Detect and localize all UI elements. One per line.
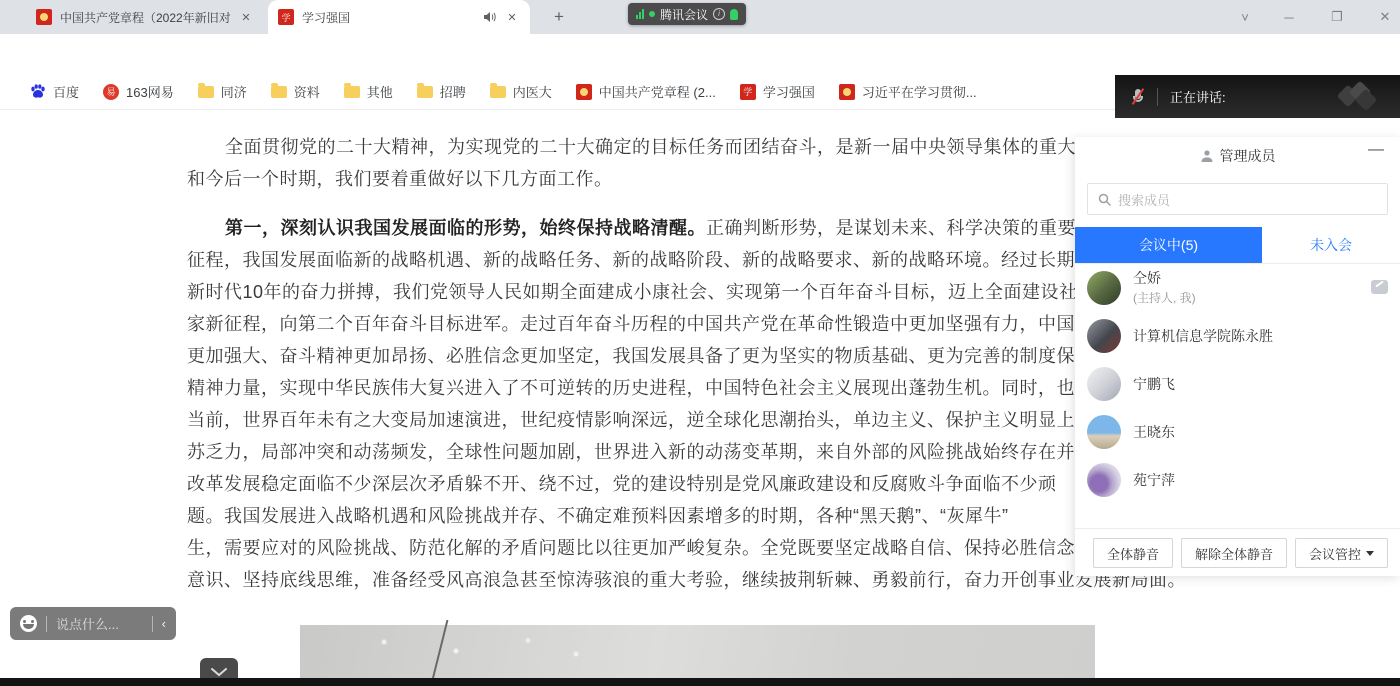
restore-window-button[interactable]: ❐ xyxy=(1320,6,1354,28)
member-row[interactable]: 计算机信息学院陈永胜 xyxy=(1075,312,1400,360)
collapse-chat-icon[interactable]: ‹ xyxy=(162,616,166,631)
avatar xyxy=(1087,463,1121,497)
article-line: 新时代10年的奋力拼搏，我们党领导人民如期全面建成小康社会、实现第一个百年奋斗目… xyxy=(187,276,1206,308)
bookmark-folder-zhaopin[interactable]: 招聘 xyxy=(417,82,466,101)
tab-xuexi[interactable]: 学 学习强国 ✕ xyxy=(268,0,530,34)
divider xyxy=(46,616,47,632)
member-row[interactable]: 王晓东 xyxy=(1075,408,1400,456)
minimize-window-button[interactable]: ─ xyxy=(1272,6,1306,28)
bookmark-folder-tongji[interactable]: 同济 xyxy=(198,82,247,101)
bookmark-xijinping-article[interactable]: 习近平在学习贯彻... xyxy=(839,82,977,101)
chat-input-placeholder[interactable]: 说点什么... xyxy=(56,614,143,633)
member-row[interactable]: 宁鹏飞 xyxy=(1075,360,1400,408)
article-photo xyxy=(300,625,1095,678)
folder-icon xyxy=(198,86,214,98)
person-icon xyxy=(1200,149,1214,163)
xuexi-favicon: 学 xyxy=(278,9,294,25)
mute-all-button[interactable]: 全体静音 xyxy=(1093,538,1173,568)
party-emblem-icon xyxy=(576,84,592,100)
panel-minimize-button[interactable]: — xyxy=(1368,141,1384,159)
member-management-panel: 管理成员 — 搜索成员 会议中(5) 未入会 仝娇 (主持人, 我) 计算机信息… xyxy=(1075,137,1400,576)
article-line: 生，需要应对的风险挑战、防范化解的矛盾问题比以往更加严峻复杂。全党既要坚定战略自… xyxy=(187,532,1206,564)
panel-tabs: 会议中(5) 未入会 xyxy=(1075,227,1400,264)
bookmark-folder-ziliao[interactable]: 资料 xyxy=(271,82,320,101)
tab-in-meeting[interactable]: 会议中(5) xyxy=(1075,227,1262,263)
tab-audio-icon[interactable] xyxy=(483,11,496,23)
member-role-label: (主持人, 我) xyxy=(1133,289,1196,306)
bottom-black-bar xyxy=(0,678,1400,686)
member-row-host[interactable]: 仝娇 (主持人, 我) xyxy=(1075,264,1400,312)
bookmark-folder-qita[interactable]: 其他 xyxy=(344,82,393,101)
browser-toolbar: xuexi.cn/lgpage/detail/index.html?id=170… xyxy=(0,34,1400,74)
meeting-chat-pill[interactable]: 说点什么... ‹ xyxy=(10,607,176,640)
mic-muted-icon[interactable] xyxy=(1131,88,1145,106)
article-line: 全面贯彻党的二十大精神，为实现党的二十大确定的目标任务而团结奋斗，是新一届中央领… xyxy=(187,131,1206,163)
meeting-control-button[interactable]: 会议管控 xyxy=(1295,538,1388,568)
panel-title: 管理成员 xyxy=(1220,146,1276,166)
divider xyxy=(1075,528,1400,529)
tab-title: 学习强国 xyxy=(302,9,475,26)
netease-icon: 易 xyxy=(103,84,119,100)
mic-active-icon[interactable] xyxy=(730,9,738,20)
divider xyxy=(152,616,153,632)
article-line: 苏乏力，局部冲突和动荡频发，全球性问题加剧，世界进入新的动荡变革期，来自外部的风… xyxy=(187,436,1206,468)
recording-dot-icon xyxy=(649,11,655,17)
emoji-icon[interactable] xyxy=(20,615,37,632)
article-line: 第一，深刻认识我国发展面临的形势，始终保持战略清醒。正确判断形势，是谋划未来、科… xyxy=(187,212,1206,244)
bookmark-xuexi[interactable]: 学 学习强国 xyxy=(740,82,815,101)
avatar xyxy=(1087,415,1121,449)
signal-bars-icon xyxy=(636,9,644,19)
folder-icon xyxy=(344,86,360,98)
article-line: 意识、坚持底线思维，准备经受风高浪急甚至惊涛骇浪的重大考验，继续披荆斩棘、勇毅前… xyxy=(187,564,1206,596)
info-icon[interactable]: i xyxy=(713,8,725,20)
panel-header: 管理成员 — xyxy=(1075,137,1400,175)
avatar xyxy=(1087,367,1121,401)
member-list: 仝娇 (主持人, 我) 计算机信息学院陈永胜 宁鹏飞 王晓东 苑宁萍 xyxy=(1075,264,1400,504)
meeting-logo-icon xyxy=(1338,83,1378,109)
meeting-speaking-bar: 正在讲话: xyxy=(1115,75,1400,118)
party-emblem-icon xyxy=(839,84,855,100)
article-line: 家新征程，向第二个百年奋斗目标进军。走过百年奋斗历程的中国共产党在革命性锻造中更… xyxy=(187,308,1206,340)
search-placeholder: 搜索成员 xyxy=(1118,190,1170,209)
tab-search-chevron-icon[interactable]: ˅ xyxy=(1228,6,1262,28)
bookmark-netease[interactable]: 易 163网易 xyxy=(103,82,174,101)
search-icon xyxy=(1098,193,1111,206)
folder-icon xyxy=(490,86,506,98)
avatar xyxy=(1087,319,1121,353)
xuexi-icon: 学 xyxy=(740,84,756,100)
speaking-label: 正在讲话: xyxy=(1170,87,1226,106)
article-line: 题。我国发展进入战略机遇和风险挑战并存、不确定难预料因素增多的时期，各种“黑天鹅… xyxy=(187,500,1206,532)
tab-close-icon[interactable]: ✕ xyxy=(238,11,254,24)
meeting-pill-label: 腾讯会议 xyxy=(660,6,708,23)
close-window-button[interactable]: ✕ xyxy=(1368,6,1400,28)
tab-title: 中国共产党章程（2022年新旧对 xyxy=(60,9,230,26)
tencent-meeting-pill[interactable]: 腾讯会议 i xyxy=(628,3,746,25)
bookmark-party-constitution[interactable]: 中国共产党章程 (2... xyxy=(576,82,716,101)
divider xyxy=(1157,88,1158,106)
chevron-down-icon xyxy=(1366,551,1374,556)
bookmark-folder-neiyida[interactable]: 内医大 xyxy=(490,82,552,101)
tab-strip: 中国共产党章程（2022年新旧对 ✕ 学 学习强国 ✕ + 腾讯会议 i ˅ ─… xyxy=(0,0,1400,34)
avatar xyxy=(1087,271,1121,305)
tab-close-icon[interactable]: ✕ xyxy=(504,11,520,24)
article-body: 全面贯彻党的二十大精神，为实现党的二十大确定的目标任务而团结奋斗，是新一届中央领… xyxy=(187,131,1206,596)
article-bold-heading: 第一，深刻认识我国发展面临的形势，始终保持战略清醒。 xyxy=(225,218,706,238)
panel-footer: 全体静音 解除全体静音 会议管控 xyxy=(1093,538,1388,568)
folder-icon xyxy=(271,86,287,98)
member-search-input[interactable]: 搜索成员 xyxy=(1087,183,1388,215)
article-line: 改革发展稳定面临不少深层次矛盾躲不开、绕不过，党的建设特别是党风廉政建设和反腐败… xyxy=(187,468,1206,500)
unmute-all-button[interactable]: 解除全体静音 xyxy=(1181,538,1287,568)
tab-party-constitution[interactable]: 中国共产党章程（2022年新旧对 ✕ xyxy=(26,0,264,34)
article-line: 更加强大、奋斗精神更加昂扬、必胜信念更加坚定，我国发展具备了更为坚实的物质基础、… xyxy=(187,340,1206,372)
member-status-icon xyxy=(1371,280,1388,294)
baidu-paw-icon xyxy=(30,84,46,99)
article-line: 和今后一个时期，我们要着重做好以下几方面工作。 xyxy=(187,163,1206,195)
party-emblem-favicon xyxy=(36,9,52,25)
bookmark-baidu[interactable]: 百度 xyxy=(30,82,79,101)
article-line: 精神力量，实现中华民族伟大复兴进入了不可逆转的历史进程，中国特色社会主义展现出蓬… xyxy=(187,372,1206,404)
new-tab-button[interactable]: + xyxy=(548,6,570,28)
browser-window: 中国共产党章程（2022年新旧对 ✕ 学 学习强国 ✕ + 腾讯会议 i ˅ ─… xyxy=(0,0,1400,686)
member-row[interactable]: 苑宁萍 xyxy=(1075,456,1400,504)
article-line: 当前，世界百年未有之大变局加速演进，世纪疫情影响深远，逆全球化思潮抬头，单边主义… xyxy=(187,404,1206,436)
article-line: 征程，我国发展面临新的战略机遇、新的战略任务、新的战略阶段、新的战略要求、新的战… xyxy=(187,244,1206,276)
folder-icon xyxy=(417,86,433,98)
tab-not-joined[interactable]: 未入会 xyxy=(1262,227,1400,263)
